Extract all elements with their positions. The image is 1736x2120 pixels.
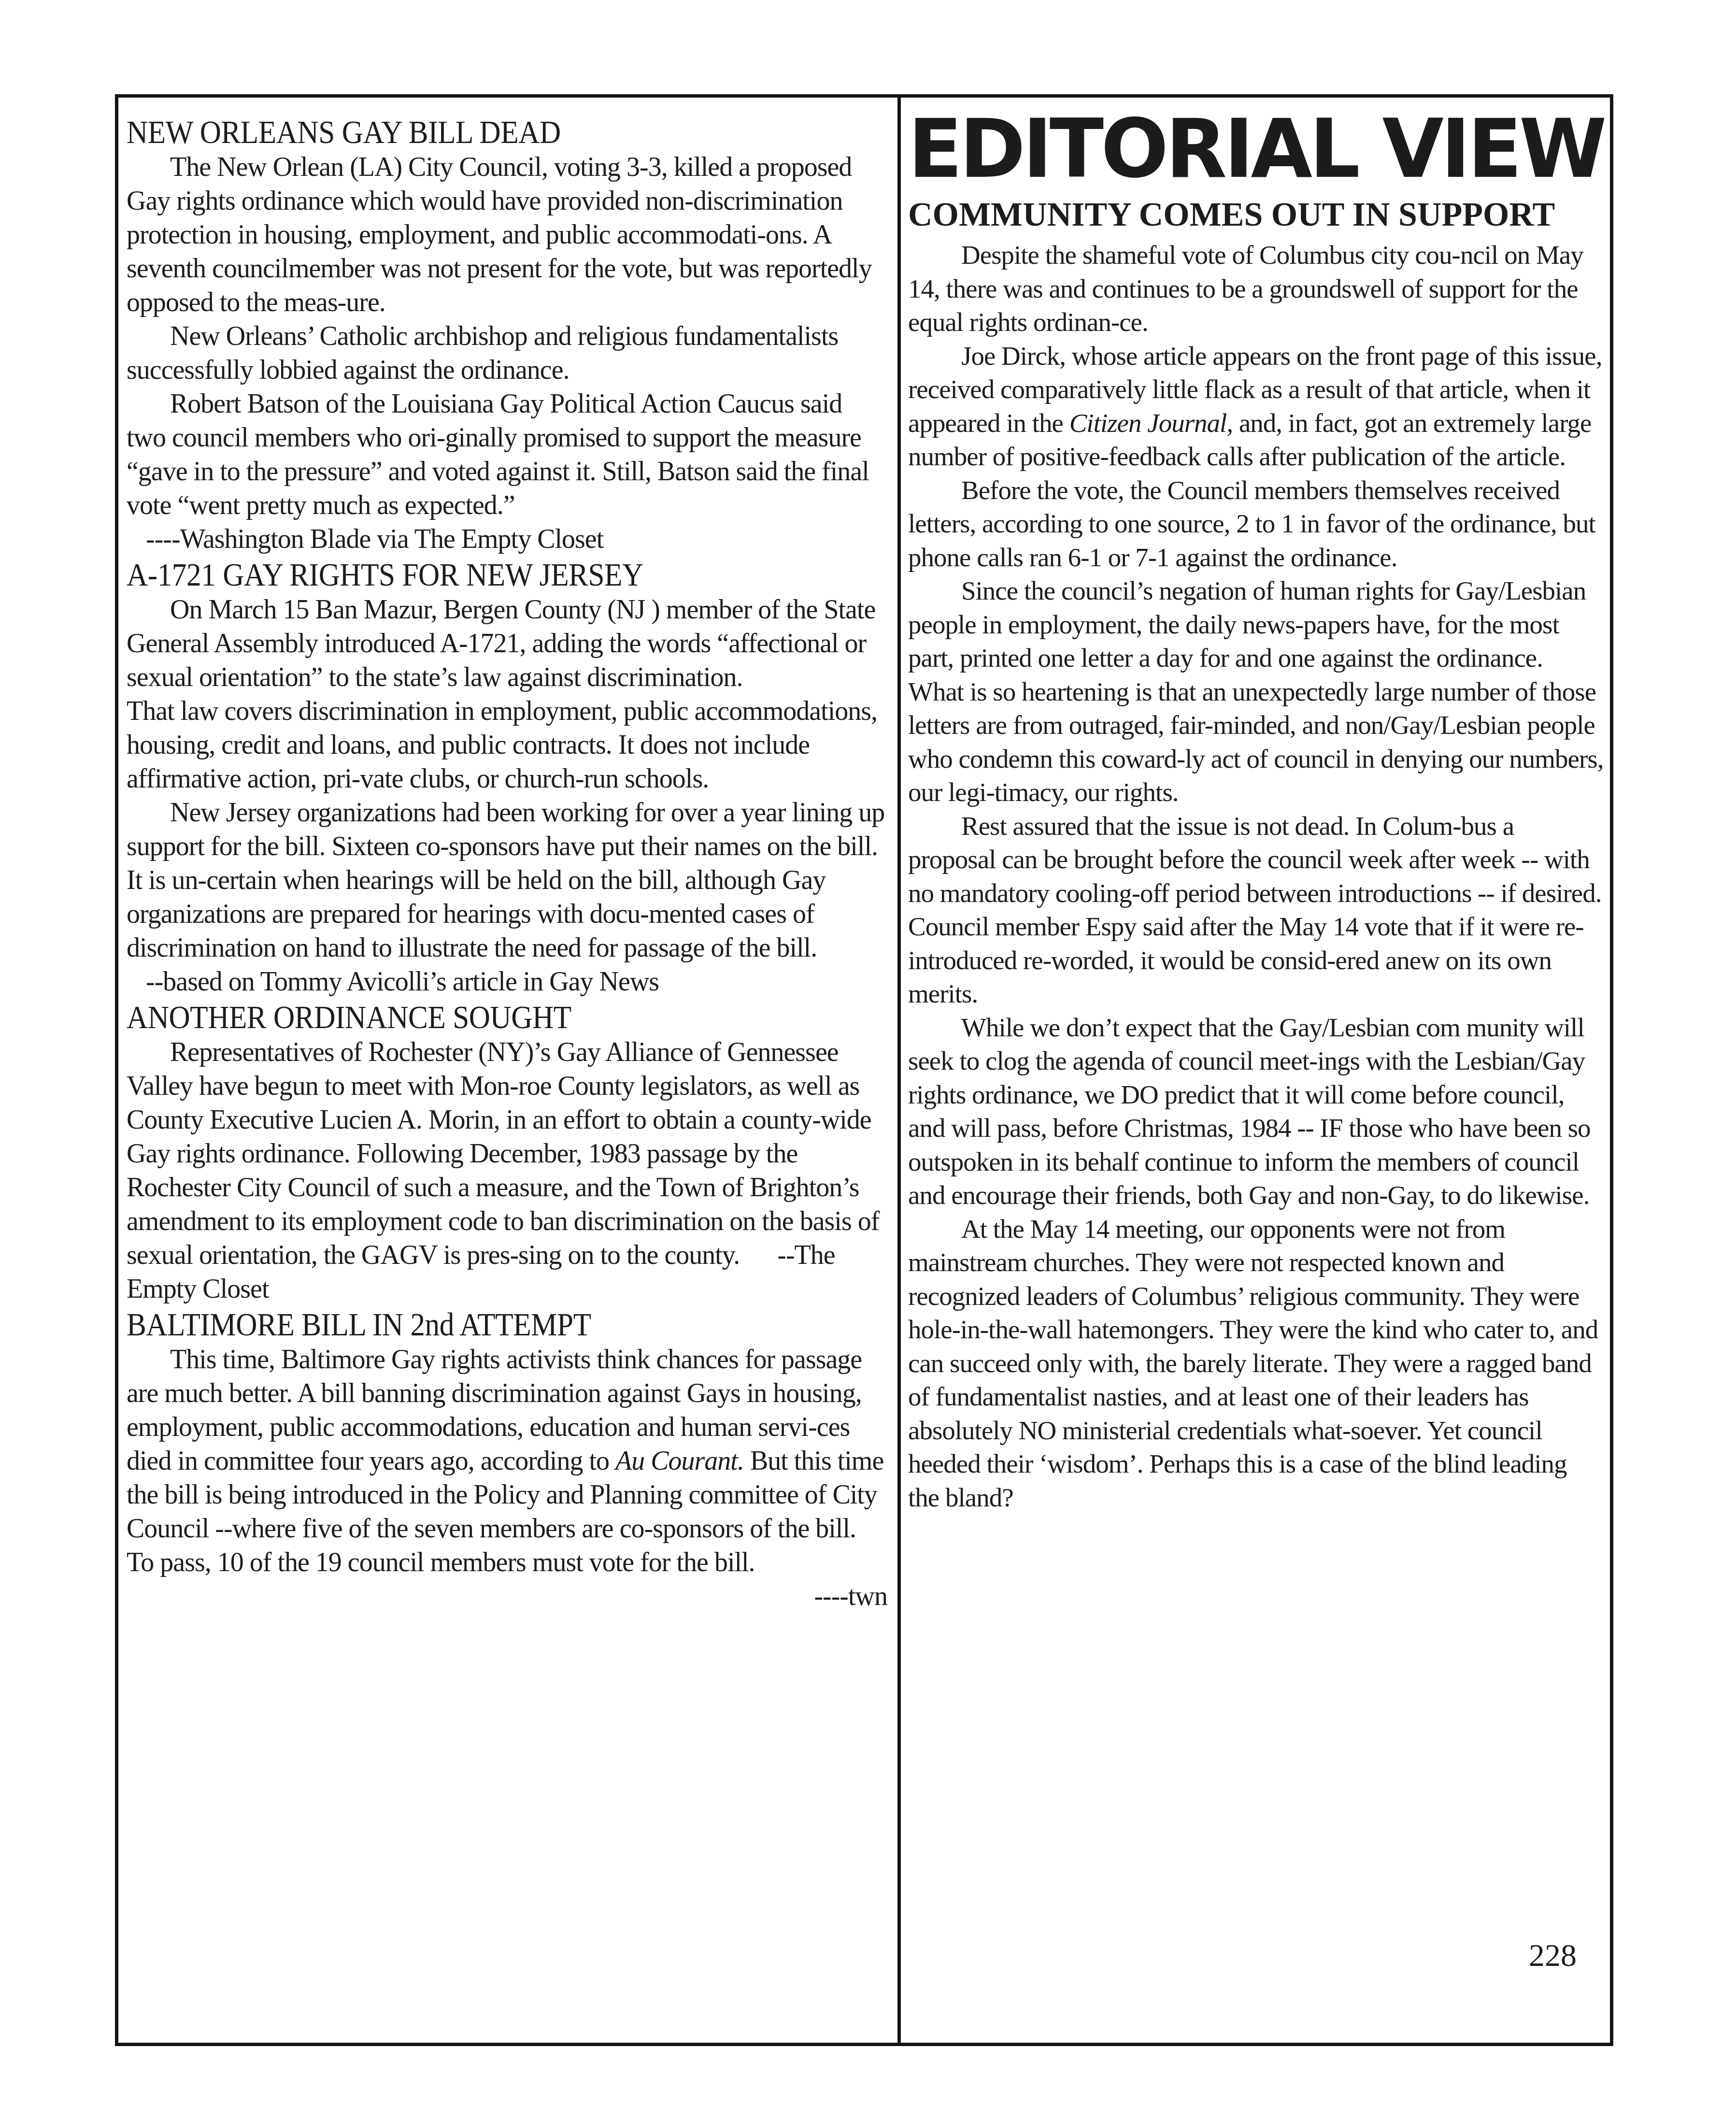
editorial-paragraph: At the May 14 meeting, our opponents wer… (908, 1212, 1604, 1515)
article-headline: A-1721 GAY RIGHTS FOR NEW JERSEY (127, 556, 811, 593)
article-baltimore: BALTIMORE BILL IN 2nd ATTEMPT This time,… (127, 1306, 887, 1613)
article-paragraph: That law covers discrimination in employ… (127, 694, 887, 796)
article-paragraph: Robert Batson of the Louisiana Gay Polit… (127, 387, 887, 522)
article-paragraph: New Orleans’ Catholic archbishop and rel… (127, 319, 887, 387)
article-paragraph: The New Orlean (LA) City Council, voting… (127, 150, 887, 319)
article-new-orleans: NEW ORLEANS GAY BILL DEAD The New Orlean… (127, 114, 887, 556)
article-paragraph: Representatives of Rochester (NY)’s Gay … (127, 1035, 887, 1306)
editorial-column: EDITORIAL VIEW COMMUNITY COMES OUT IN SU… (908, 104, 1604, 1514)
article-headline: ANOTHER ORDINANCE SOUGHT (127, 999, 811, 1035)
news-briefs-column: NEW ORLEANS GAY BILL DEAD The New Orlean… (127, 114, 887, 1613)
publication-name: Au Courant. (615, 1446, 744, 1476)
article-paragraph: New Jersey organizations had been workin… (127, 796, 887, 965)
editorial-paragraph: While we don’t expect that the Gay/Lesbi… (908, 1011, 1604, 1212)
article-rochester: ANOTHER ORDINANCE SOUGHT Representatives… (127, 999, 887, 1306)
article-paragraph: On March 15 Ban Mazur, Bergen County (NJ… (127, 593, 887, 694)
article-credit: --based on Tommy Avicolli’s article in G… (127, 965, 887, 999)
article-credit: ----Washington Blade via The Empty Close… (127, 522, 887, 556)
publication-name: Citizen Journal (1069, 408, 1227, 438)
article-paragraph: This time, Baltimore Gay rights activist… (127, 1343, 887, 1579)
page-number: 228 (1529, 1937, 1577, 1974)
article-new-jersey: A-1721 GAY RIGHTS FOR NEW JERSEY On Marc… (127, 556, 887, 999)
column-divider (897, 94, 901, 2046)
editorial-paragraph: Before the vote, the Council members the… (908, 473, 1604, 574)
article-credit: ----twn (814, 1579, 887, 1613)
article-credit-row: ----twn (127, 1579, 887, 1613)
editorial-subtitle: COMMUNITY COMES OUT IN SUPPORT (908, 195, 1604, 235)
editorial-paragraph: Since the council’s negation of human ri… (908, 574, 1604, 809)
editorial-title: EDITORIAL VIEW (908, 113, 1590, 185)
editorial-paragraph: Joe Dirck, whose article appears on the … (908, 339, 1604, 473)
editorial-paragraph: Despite the shameful vote of Columbus ci… (908, 238, 1604, 339)
article-text: Representatives of Rochester (NY)’s Gay … (127, 1037, 879, 1270)
article-headline: NEW ORLEANS GAY BILL DEAD (127, 114, 811, 150)
article-headline: BALTIMORE BILL IN 2nd ATTEMPT (127, 1306, 811, 1343)
editorial-paragraph: Rest assured that the issue is not dead.… (908, 809, 1604, 1011)
